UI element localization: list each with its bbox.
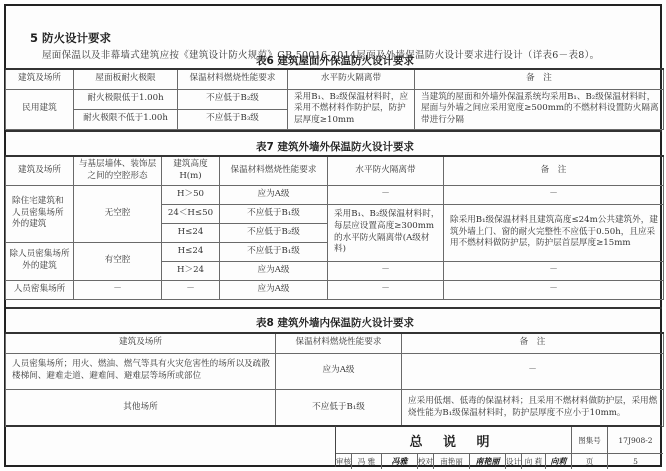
checker-signature: 南艳丽 (470, 454, 506, 469)
table-row: 人员密集场所；用火、燃油、燃气等具有火灾危害性的场所以及疏散楼梯间、避难走道、避… (6, 353, 664, 389)
table7-isolation: 采用B₁、B₂级保温材料时，每层应设置高度≥300mm的水平防火隔离带(A级材料… (328, 204, 444, 261)
table7-header-building: 建筑及场所 (6, 156, 74, 185)
table6-header-building: 建筑及场所 (6, 69, 74, 89)
table6-header-material: 保温材料燃烧性能要求 (178, 69, 288, 89)
table8-building: 其他场所 (6, 389, 276, 426)
table7-isolation: － (328, 185, 444, 204)
table7-building: 人员密集场所 (6, 280, 74, 299)
table6-isolation: 采用B₁、B₂级保温材料时，应采用不燃材料作防护层，防护层厚度≥10mm (288, 89, 415, 129)
table8-header-material: 保温材料燃烧性能要求 (276, 333, 402, 353)
table7-title: 表7 建筑外墙外保温防火设计要求 (6, 139, 664, 154)
designer-signature: 向莉 (546, 454, 572, 469)
table8-header-building: 建筑及场所 (6, 333, 276, 353)
table7-material: 应为A级 (220, 261, 328, 280)
divider (6, 307, 662, 309)
reviewer-name: 冯 雅 (352, 454, 382, 469)
table7-note: － (444, 185, 664, 204)
table7-header-row: 建筑及场所 与基层墙体、装饰层之间的空腔形态 建筑高度H(m) 保温材料燃烧性能… (6, 156, 664, 185)
table8-material: 应为A级 (276, 353, 402, 389)
table7: 建筑及场所 与基层墙体、装饰层之间的空腔形态 建筑高度H(m) 保温材料燃烧性能… (5, 155, 664, 300)
table7-height: H＞50 (162, 185, 220, 204)
table8-header-note: 备 注 (402, 333, 664, 353)
table7-material: 应为A级 (220, 280, 328, 299)
table7-note: 除采用B₁级保温材料且建筑高度≤24m公共建筑外，建筑外墙上门、窗的耐火完整性不… (444, 204, 664, 261)
table7-note: － (444, 261, 664, 280)
drawing-title: 总 说 明 (336, 427, 572, 454)
atlas-label: 图集号 (572, 427, 608, 454)
table8-note: 应采用低烟、低毒的保温材料；且采用不燃材料做防护层，采用燃烧性能为B₁级保温材料… (402, 389, 664, 426)
table6-material: 不应低于B₂级 (178, 89, 288, 109)
table-row: 其他场所 不应低于B₁级 应采用低烟、低毒的保温材料；且采用不燃材料做防护层，采… (6, 389, 664, 426)
review-label: 审核 (336, 454, 352, 469)
table7-material: 应为A级 (220, 185, 328, 204)
table7-header-isolation: 水平防火隔离带 (328, 156, 444, 185)
section-title: 5 防火设计要求 (30, 30, 111, 46)
table8: 建筑及场所 保温材料燃烧性能要求 备 注 人员密集场所；用火、燃油、燃气等具有火… (5, 332, 664, 427)
table7-header-note: 备 注 (444, 156, 664, 185)
reviewer-signature: 冯雅 (382, 454, 418, 469)
table7-height: － (162, 280, 220, 299)
table6-material: 不应低于B₃级 (178, 109, 288, 129)
table6-note: 当建筑的屋面和外墙外保温系统均采用B₁、B₂级保温材料时，屋面与外墙之间应采用宽… (415, 89, 664, 129)
table-row: 除住宅建筑和人员密集场所外的建筑 无空腔 H＞50 应为A级 － － (6, 185, 664, 204)
table7-note: － (444, 280, 664, 299)
table7-height: 24＜H≤50 (162, 204, 220, 223)
designer-name: 向 莉 (522, 454, 546, 469)
table6-building: 民用建筑 (6, 89, 74, 129)
table7-cavity: 有空腔 (74, 242, 162, 280)
table8-title: 表8 建筑外墙内保温防火设计要求 (6, 315, 664, 330)
table6-header-row: 建筑及场所 屋面板耐火极限 保温材料燃烧性能要求 水平防火隔离带 备 注 (6, 69, 664, 89)
table7-building: 除人员密集场所外的建筑 (6, 242, 74, 280)
table6-header-isolation: 水平防火隔离带 (288, 69, 415, 89)
table6: 建筑及场所 屋面板耐火极限 保温材料燃烧性能要求 水平防火隔离带 备 注 民用建… (5, 68, 664, 130)
table7-height: H≤24 (162, 223, 220, 242)
divider (6, 130, 662, 132)
checker-name: 南艳丽 (434, 454, 470, 469)
table6-header-fire-limit: 屋面板耐火极限 (74, 69, 178, 89)
table7-header-material: 保温材料燃烧性能要求 (220, 156, 328, 185)
table7-header-cavity: 与基层墙体、装饰层之间的空腔形态 (74, 156, 162, 185)
table7-cavity: 无空腔 (74, 185, 162, 242)
table7-cavity: － (74, 280, 162, 299)
table7-material: 不应低于B₁级 (220, 204, 328, 223)
table7-isolation: － (328, 280, 444, 299)
table7-material: 不应低于B₁级 (220, 242, 328, 261)
table6-header-note: 备 注 (415, 69, 664, 89)
title-block: 总 说 明 图集号 17J908-2 审核 冯 雅 冯雅 校对 南艳丽 南艳丽 … (335, 425, 662, 467)
table6-fire-limit: 耐火极限不低于1.00h (74, 109, 178, 129)
table7-isolation: － (328, 261, 444, 280)
table7-height: H≤24 (162, 242, 220, 261)
page-number: 5 (608, 454, 663, 469)
table6-fire-limit: 耐火极限低于1.00h (74, 89, 178, 109)
table7-material: 不应低于B₂级 (220, 223, 328, 242)
table-row: 民用建筑 耐火极限低于1.00h 不应低于B₂级 采用B₁、B₂级保温材料时，应… (6, 89, 664, 109)
table8-note: － (402, 353, 664, 389)
check-label: 校对 (418, 454, 434, 469)
atlas-number: 17J908-2 (608, 427, 663, 454)
design-label: 设计 (506, 454, 522, 469)
table6-title: 表6 建筑屋面外保温防火设计要求 (6, 53, 664, 68)
table7-building: 除住宅建筑和人员密集场所外的建筑 (6, 185, 74, 242)
table8-header-row: 建筑及场所 保温材料燃烧性能要求 备 注 (6, 333, 664, 353)
table-row: 人员密集场所 － － 应为A级 － － (6, 280, 664, 299)
drawing-sheet: 5 防火设计要求 屋面保温以及非幕墙式建筑应按《建筑设计防火规范》GB 5001… (4, 4, 662, 467)
table7-header-height: 建筑高度H(m) (162, 156, 220, 185)
page-label: 页 (572, 454, 608, 469)
table8-building: 人员密集场所；用火、燃油、燃气等具有火灾危害性的场所以及疏散楼梯间、避难走道、避… (6, 353, 276, 389)
table8-material: 不应低于B₁级 (276, 389, 402, 426)
table7-height: H＞24 (162, 261, 220, 280)
